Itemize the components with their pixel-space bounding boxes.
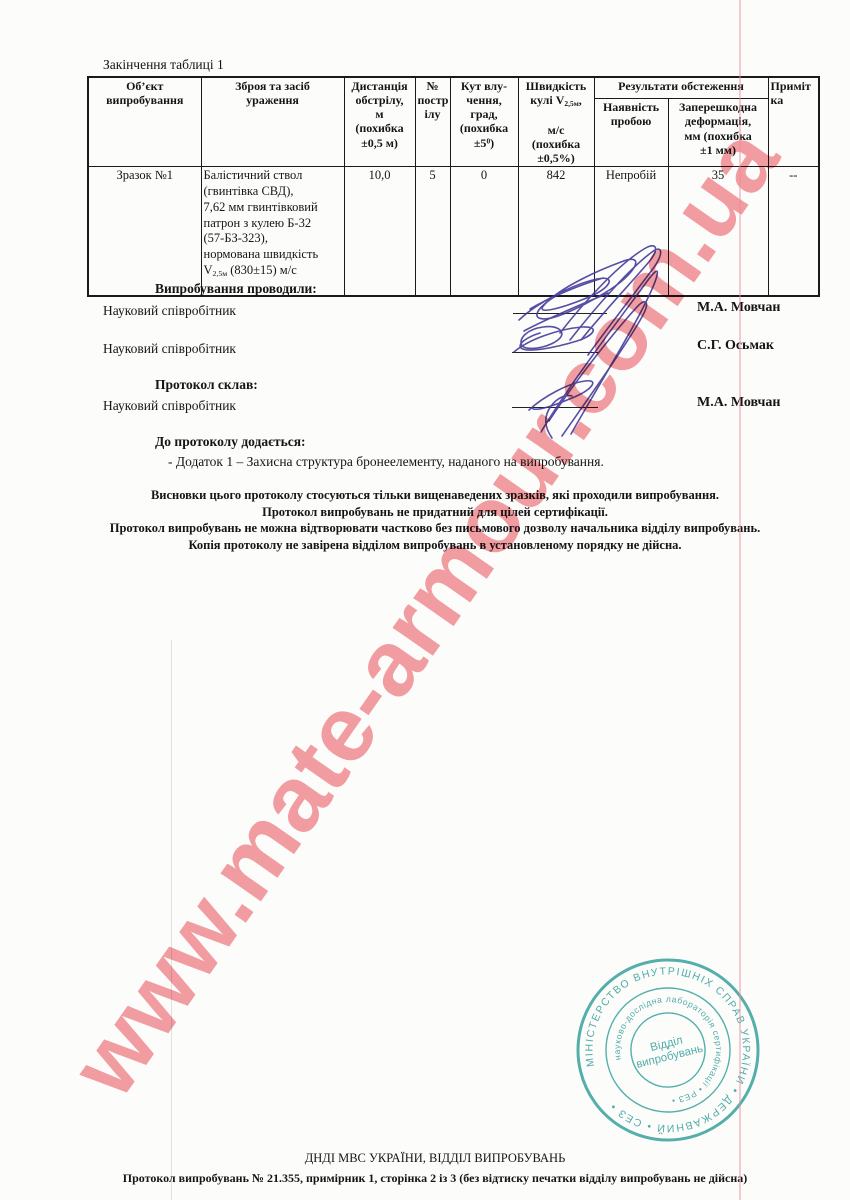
protocol-notes: Висновки цього протоколу стосуються тіль… xyxy=(50,487,820,553)
composed-heading: Протокол склав: xyxy=(155,377,258,393)
signature-line-2 xyxy=(512,352,598,353)
header-deformation: Заперешкодна деформація, мм (похибка ±1 … xyxy=(668,99,768,167)
header-penetration: Наявність пробою xyxy=(594,99,668,167)
header-note: Приміт ка xyxy=(768,77,819,167)
footer-protocol-info: Протокол випробувань № 21.355, примірник… xyxy=(40,1171,830,1186)
attachment-item: - Додаток 1 – Захисна структура бронееле… xyxy=(168,454,604,470)
results-table-wrapper: Об’єкт випробування Зброя та засіб ураже… xyxy=(87,76,820,297)
header-speed-symbol: кулі V2,5м, xyxy=(521,93,592,109)
signature-line-1 xyxy=(513,313,607,314)
signer-role-3: Науковий співробітник xyxy=(103,398,236,414)
cell-speed: 842 xyxy=(518,167,594,297)
header-distance: Дистанція обстрілу, м (похибка ±0,5 м) xyxy=(344,77,415,167)
cell-weapon: Балістичний ствол (гвинтівка СВД), 7,62 … xyxy=(201,167,344,297)
signature-scribble-2 xyxy=(514,327,593,352)
page-footer: ДНДІ МВС УКРАЇНИ, ВІДДІЛ ВИПРОБУВАНЬ Про… xyxy=(40,1151,830,1186)
cell-angle: 0 xyxy=(450,167,518,297)
signer-role-2: Науковий співробітник xyxy=(103,341,236,357)
header-angle: Кут влу- чення, град, (похибка ±50) xyxy=(450,77,518,167)
header-weapon: Зброя та засіб ураження xyxy=(201,77,344,167)
footer-institution: ДНДІ МВС УКРАЇНИ, ВІДДІЛ ВИПРОБУВАНЬ xyxy=(40,1151,830,1166)
signature-3 xyxy=(529,381,593,410)
document-page: Закінчення таблиці 1 Об’єкт випробування… xyxy=(0,0,850,1200)
header-results-group: Результати обстеження xyxy=(594,77,768,99)
header-object: Об’єкт випробування xyxy=(88,77,201,167)
scan-fold-line xyxy=(171,640,172,1200)
cell-note: -- xyxy=(768,167,819,297)
attachment-heading: До протоколу додається: xyxy=(155,434,306,450)
signer-role-1: Науковий співробітник xyxy=(103,303,236,319)
note-line-4: Копія протоколу не завірена відділом вип… xyxy=(50,537,820,554)
table-caption: Закінчення таблиці 1 xyxy=(103,57,224,73)
cell-distance: 10,0 xyxy=(344,167,415,297)
cell-shots: 5 xyxy=(415,167,450,297)
signature-line-3 xyxy=(512,407,598,408)
header-speed: Швидкість кулі V2,5м, м/с (похибка ±0,5%… xyxy=(518,77,594,167)
cell-weapon-speed: V2,5м (830±15) м/с xyxy=(204,263,342,279)
conducted-heading: Випробування проводили: xyxy=(155,281,317,297)
note-line-1: Висновки цього протоколу стосуються тіль… xyxy=(50,487,820,504)
signature-3-descender xyxy=(546,395,572,438)
header-shot-number: № постр ілу xyxy=(415,77,450,167)
scan-pink-line xyxy=(739,0,741,1200)
signature-ellipse-2 xyxy=(521,327,562,349)
note-line-3: Протокол випробувань не можна відтворюва… xyxy=(50,520,820,537)
cell-object: Зразок №1 xyxy=(88,167,201,297)
cell-deformation: 35 xyxy=(668,167,768,297)
signer-name-2: С.Г. Осьмак xyxy=(697,338,774,354)
round-stamp: МІНІСТЕРСТВО ВНУТРІШНІХ СПРАВ УКРАЇНИ • … xyxy=(547,929,789,1171)
cell-penetration: Непробій xyxy=(594,167,668,297)
note-line-2: Протокол випробувань не придатний для ці… xyxy=(50,504,820,521)
header-angle-tolerance: ±50) xyxy=(453,136,516,150)
signature-flourish-tall-2 xyxy=(549,302,647,436)
results-table: Об’єкт випробування Зброя та засіб ураже… xyxy=(87,76,820,297)
